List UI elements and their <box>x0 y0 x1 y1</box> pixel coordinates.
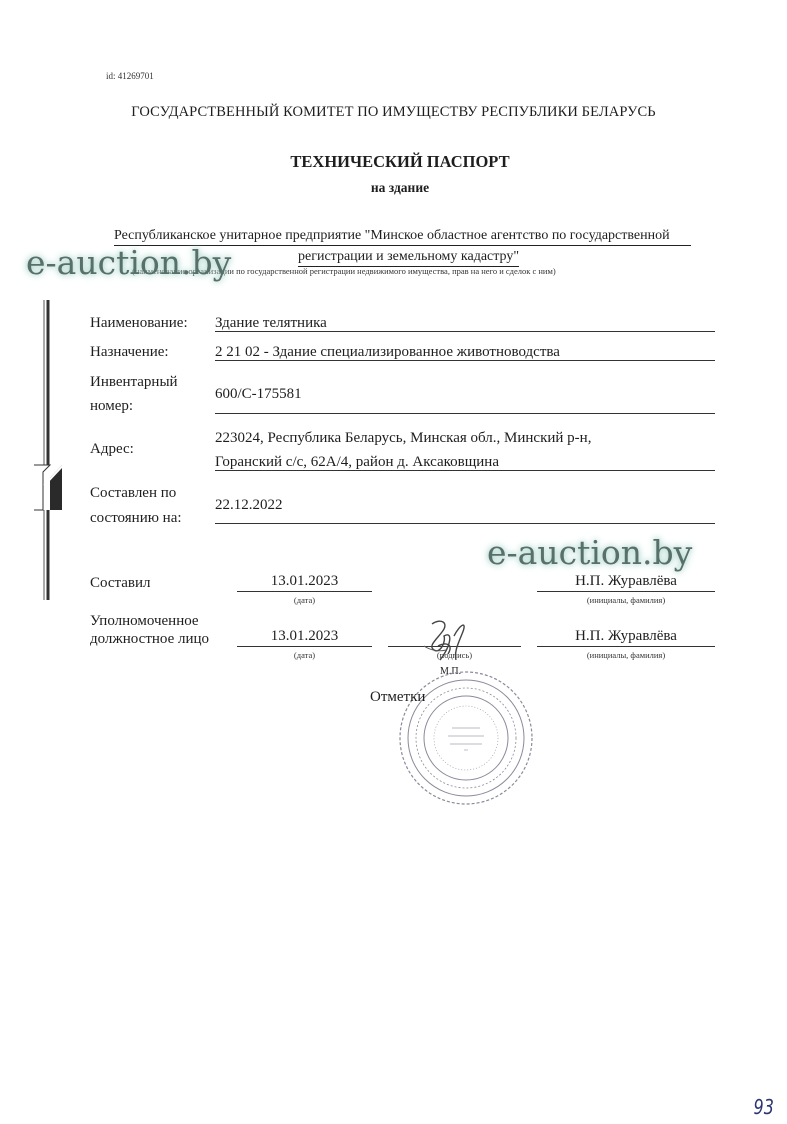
inventory-label-line-2: номер: <box>90 396 133 417</box>
organization-line-2: регистрации и земельному кадастру" <box>298 248 519 267</box>
inventory-value: 600/С-175581 <box>215 384 302 405</box>
compiled-date-caption: (дата) <box>237 595 372 605</box>
document-subtitle: на здание <box>0 180 787 196</box>
watermark-top: e-auction.by <box>26 243 231 282</box>
state-date-label-line-1: Составлен по <box>90 483 176 504</box>
state-date-label-line-2: состоянию на: <box>90 508 182 529</box>
authorized-name-rule <box>537 646 715 647</box>
address-label: Адрес: <box>90 439 134 460</box>
document-id: id: 41269701 <box>106 71 154 81</box>
purpose-label: Назначение: <box>90 342 169 363</box>
authorized-label-line-2: должностное лицо <box>90 630 209 649</box>
compiled-by-label: Составил <box>90 574 151 593</box>
authorized-date-caption: (дата) <box>237 650 372 660</box>
inventory-label-line-1: Инвентарный <box>90 372 178 393</box>
compiled-date: 13.01.2023 <box>237 573 372 590</box>
binding-marker-icon <box>32 300 62 600</box>
authorized-date: 13.01.2023 <box>237 628 372 645</box>
address-value-line-1: 223024, Республика Беларусь, Минская обл… <box>215 428 591 449</box>
compiled-name: Н.П. Журавлёва <box>537 573 715 590</box>
name-label: Наименование: <box>90 313 188 334</box>
state-date-value: 22.12.2022 <box>215 495 283 516</box>
compiled-name-rule <box>537 591 715 592</box>
purpose-rule <box>215 360 715 361</box>
authorized-label-line-1: Уполномоченное <box>90 612 199 631</box>
document-title: ТЕХНИЧЕСКИЙ ПАСПОРТ <box>0 152 787 172</box>
compiled-date-rule <box>237 591 372 592</box>
compiled-name-caption: (инициалы, фамилия) <box>537 595 715 605</box>
handwritten-signature-icon <box>410 616 480 666</box>
address-rule <box>215 470 715 471</box>
authorized-date-rule <box>237 646 372 647</box>
marks-heading: Отметки <box>370 689 425 706</box>
committee-heading: ГОСУДАРСТВЕННЫЙ КОМИТЕТ ПО ИМУЩЕСТВУ РЕС… <box>0 104 787 121</box>
inventory-rule <box>215 413 715 414</box>
watermark-middle: e-auction.by <box>487 533 692 572</box>
name-rule <box>215 331 715 332</box>
state-date-rule <box>215 523 715 524</box>
page-number: 93 <box>754 1095 774 1119</box>
authorized-name-caption: (инициалы, фамилия) <box>537 650 715 660</box>
authorized-name: Н.П. Журавлёва <box>537 628 715 645</box>
